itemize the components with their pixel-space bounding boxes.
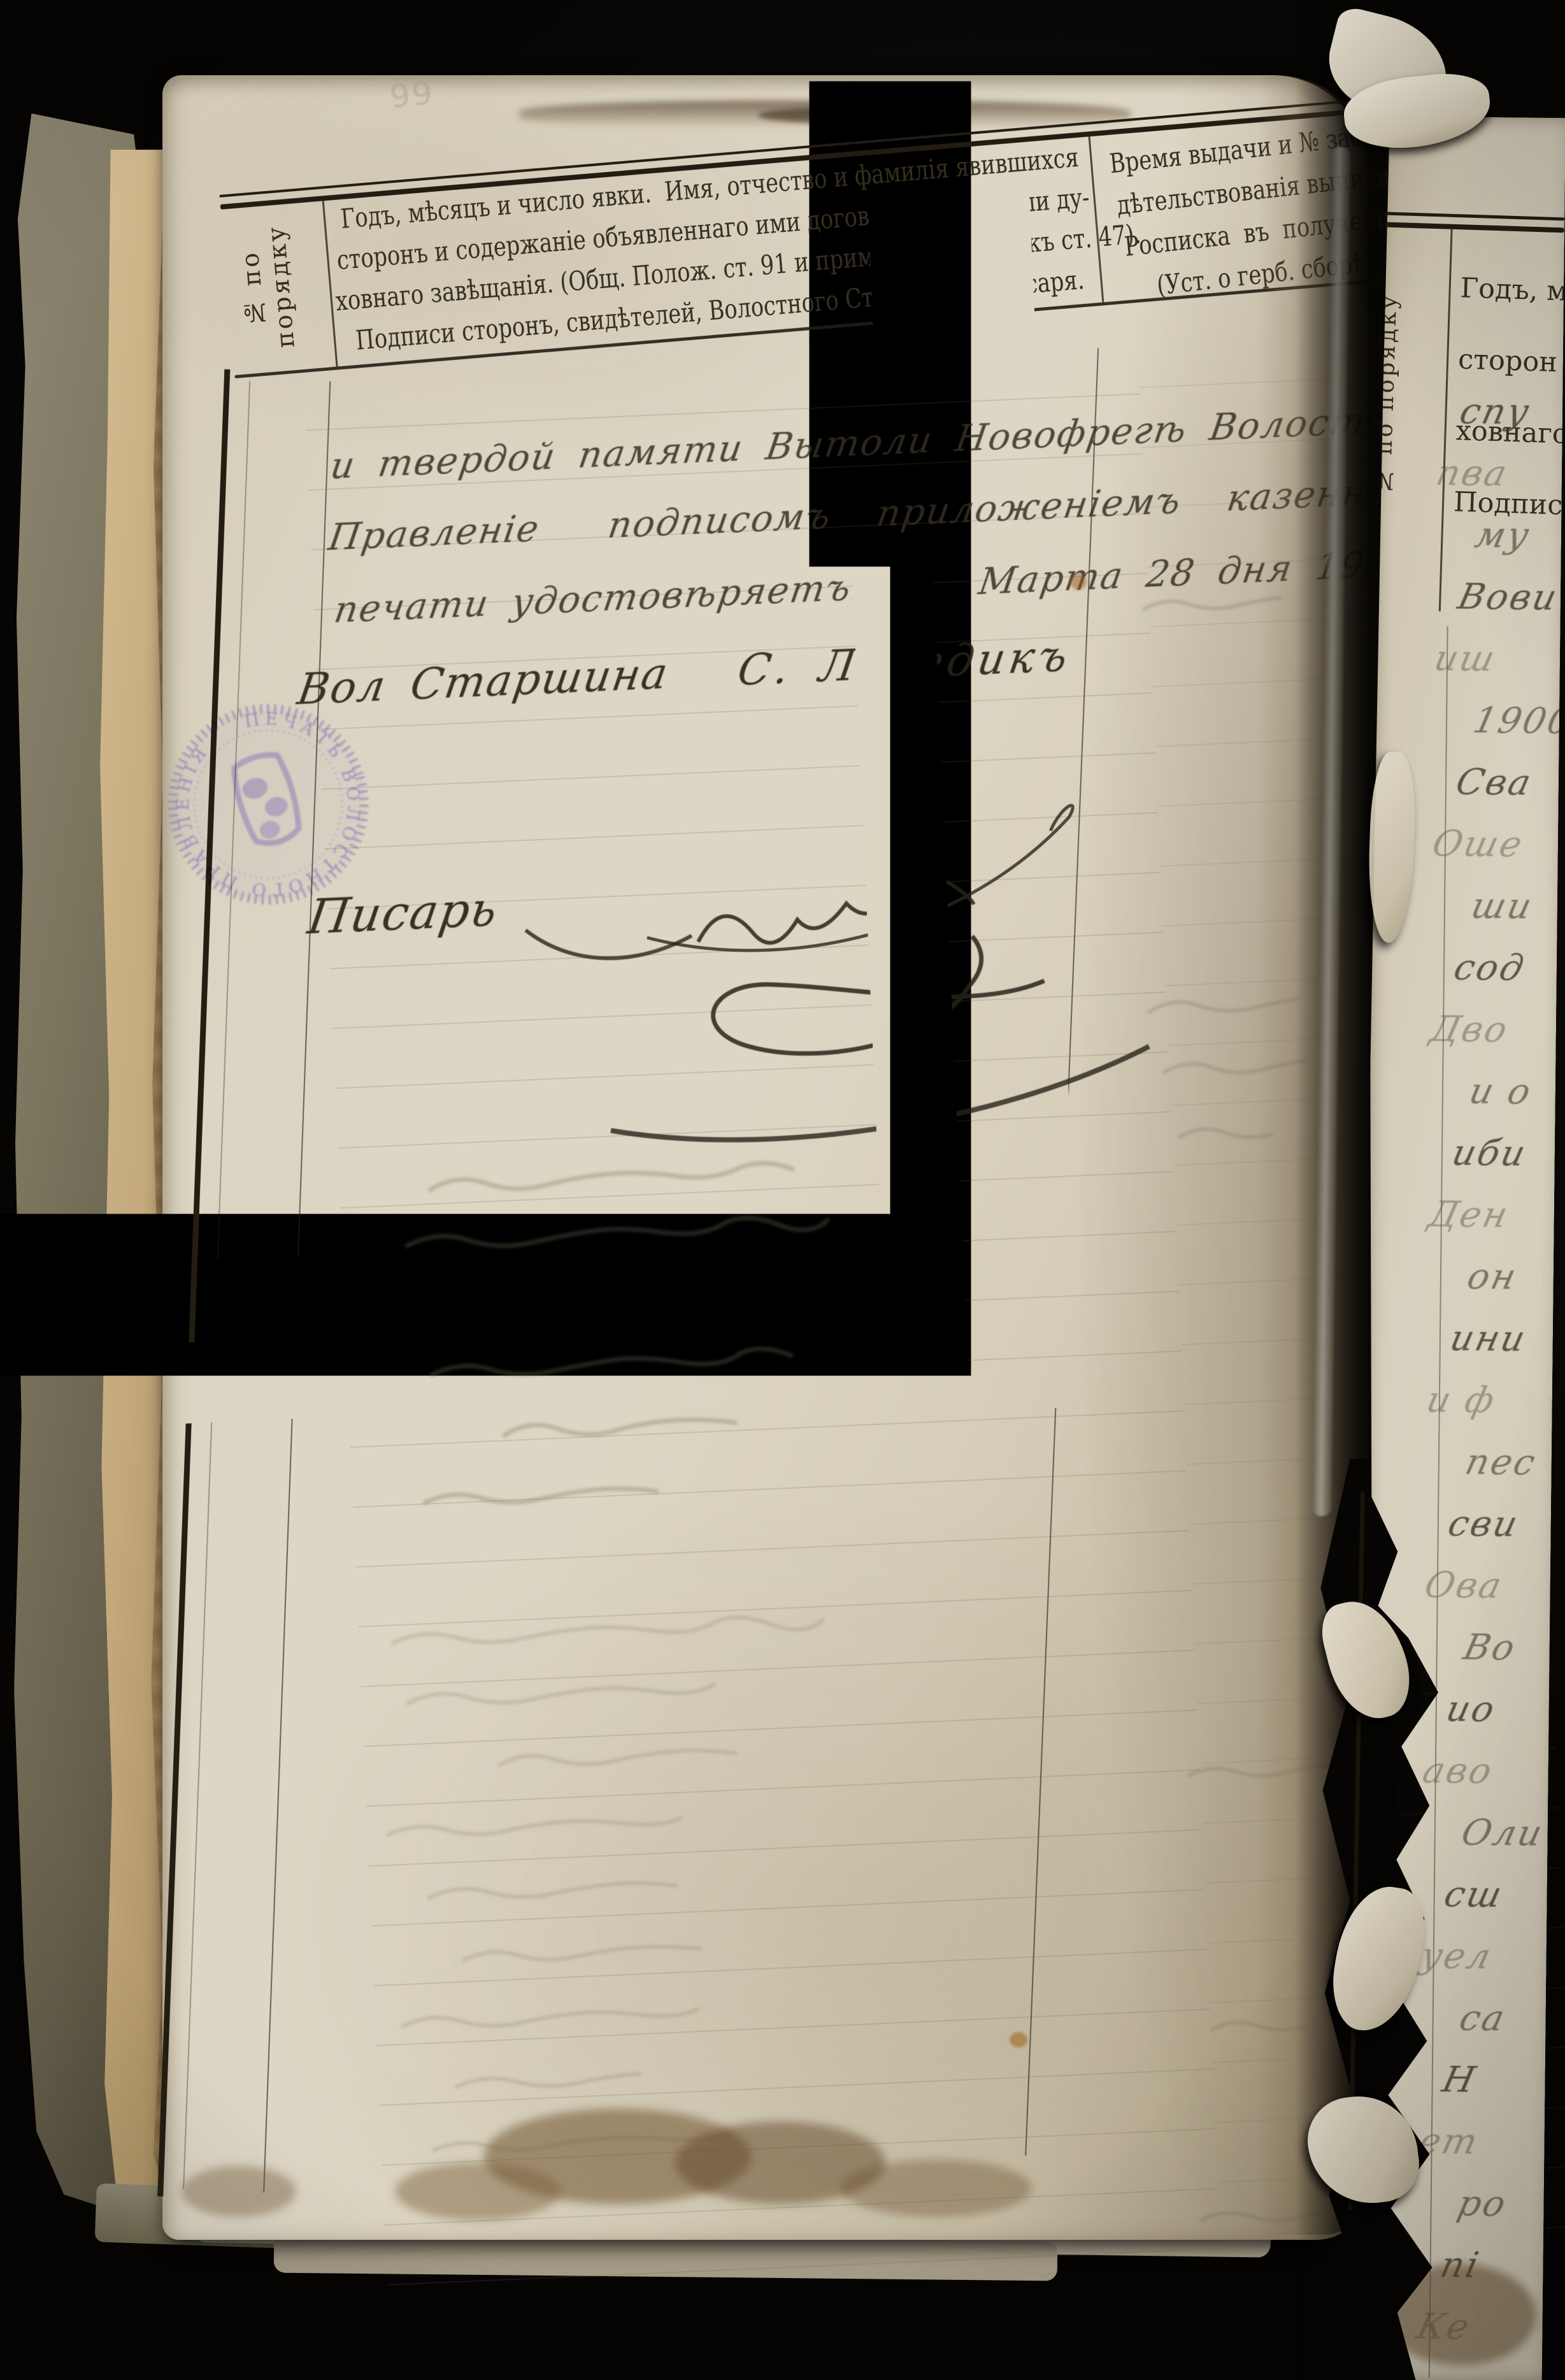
fox-spot	[1070, 573, 1087, 590]
manuscript-fragment: Во	[1460, 1627, 1520, 1669]
column-divider-body	[1429, 626, 1448, 2378]
manuscript-fragment: Ова	[1421, 1565, 1507, 1607]
manuscript-fragment: ио	[1443, 1688, 1500, 1730]
manuscript-fragment: Дво	[1427, 1008, 1513, 1050]
pencil-page-number: 99	[388, 75, 436, 116]
bottom-stain	[182, 2166, 296, 2217]
manuscript-fragment: он	[1464, 1256, 1522, 1298]
fox-spot	[1010, 2032, 1027, 2047]
manuscript-fragment: 1900	[1469, 700, 1565, 742]
manuscript-fragment: му	[1471, 515, 1534, 557]
manuscript-fragment: и ф	[1423, 1379, 1500, 1421]
manuscript-fragment: пес	[1462, 1442, 1541, 1484]
table-top-rule-thick	[1373, 222, 1564, 233]
manuscript-fragment: Вови	[1454, 576, 1562, 618]
manuscript-fragment: ши	[1468, 885, 1538, 928]
manuscript-fragment: уел	[1417, 1935, 1497, 1977]
manuscript-fragment: и о	[1466, 1071, 1536, 1113]
manuscript-fragment: аво	[1419, 1750, 1497, 1792]
manuscript-fragment: ро	[1454, 2183, 1511, 2225]
bottom-stain	[841, 2160, 1032, 2217]
manuscript-fragment: ини	[1447, 1317, 1531, 1359]
header-line: Годъ, м	[1459, 252, 1565, 330]
underpage-edge	[274, 2233, 1058, 2281]
manuscript-fragment: иш	[1431, 638, 1501, 680]
manuscript-fragment: са	[1455, 1998, 1510, 2040]
manuscript-fragment: Оли	[1458, 1812, 1548, 1854]
manuscript-fragment: сви	[1445, 1503, 1524, 1545]
manuscript-fragment: Н	[1438, 2059, 1480, 2100]
archival-scan: 99 № по порядку Годъ, мѣсяцъ и число явк…	[0, 0, 1565, 2380]
manuscript-fragment: иби	[1448, 1132, 1531, 1174]
order-column-label: № по порядку	[232, 201, 322, 371]
manuscript-fragment: спу	[1456, 391, 1534, 433]
top-edge-stain	[758, 107, 949, 124]
manuscript-fragment: сод	[1450, 947, 1529, 989]
manuscript-fragment: Оше	[1429, 823, 1528, 865]
table-top-rule	[1373, 211, 1564, 220]
manuscript-fragment: Ден	[1425, 1194, 1513, 1236]
bottom-stain	[395, 2163, 561, 2220]
manuscript-fragment: сш	[1441, 1874, 1508, 1916]
manuscript-fragment: пва	[1433, 452, 1513, 494]
manuscript-fragment: Сва	[1452, 761, 1536, 803]
header-line: сторон	[1457, 324, 1565, 401]
